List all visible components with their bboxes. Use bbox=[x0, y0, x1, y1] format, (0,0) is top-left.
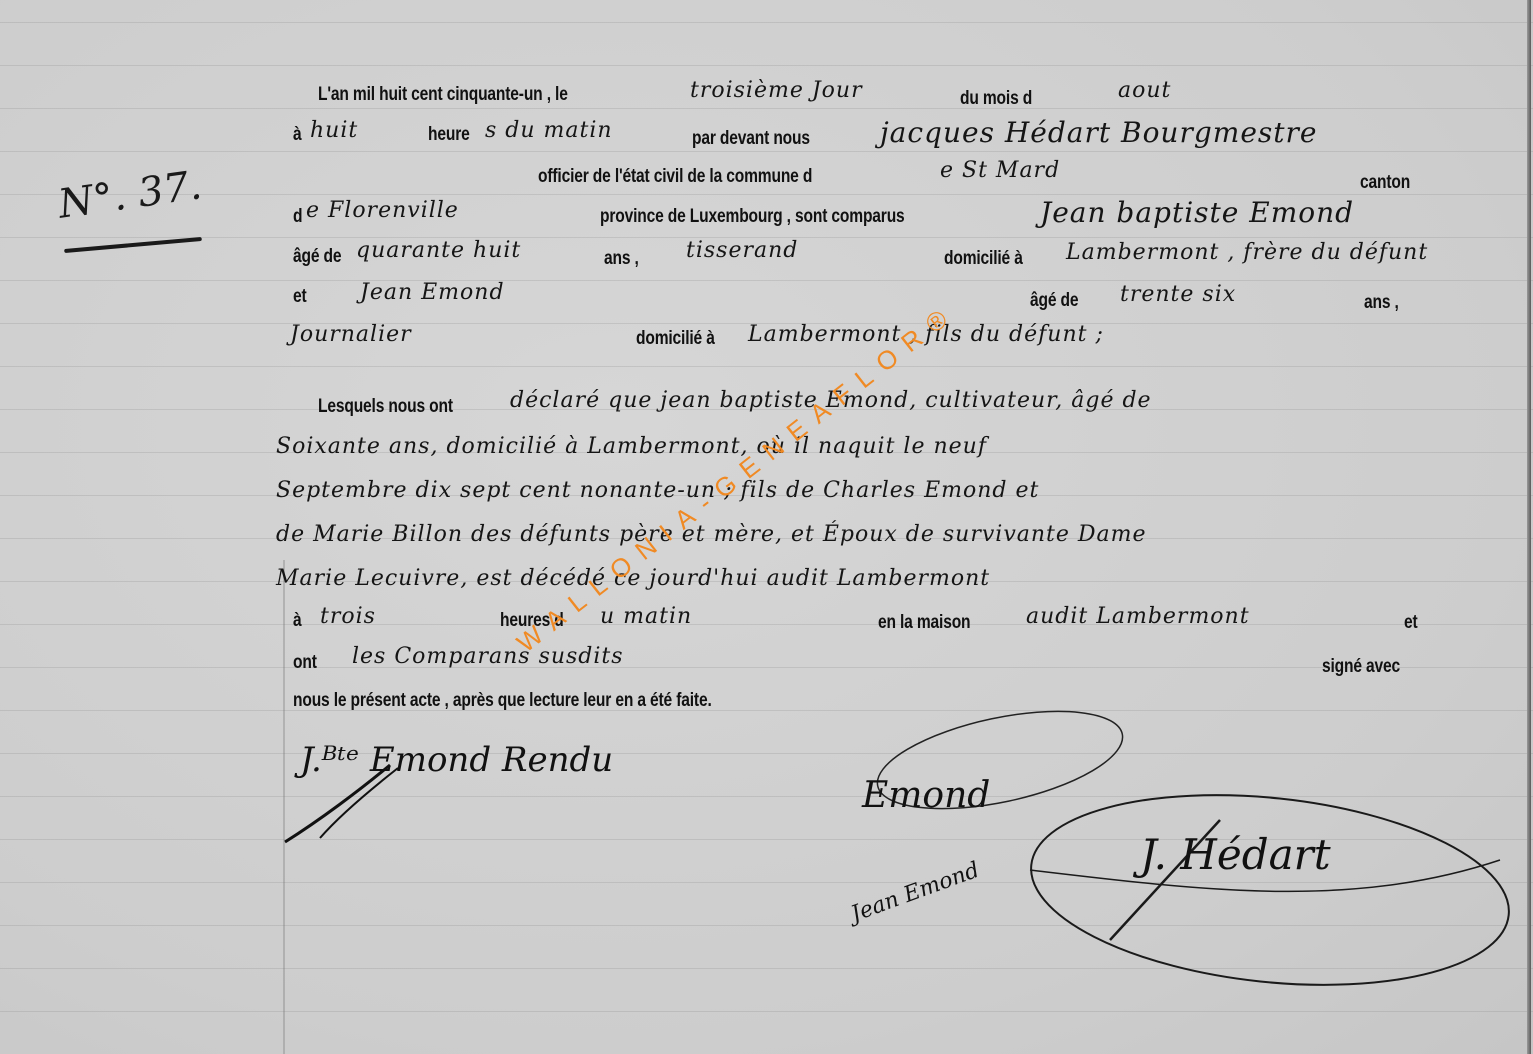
signature-jean-emond: Jean Emond bbox=[848, 858, 983, 928]
printed-text: à bbox=[293, 124, 302, 146]
handwritten-text: u matin bbox=[600, 604, 692, 629]
printed-text: L'an mil huit cent cinquante-un , le bbox=[318, 84, 568, 106]
printed-text: officier de l'état civil de la commune d bbox=[538, 166, 812, 188]
handwritten-text: s du matin bbox=[485, 118, 613, 143]
handwritten-text: troisième Jour bbox=[690, 78, 863, 103]
signature-emond: Emond bbox=[862, 775, 990, 816]
handwritten-text: quarante huit bbox=[356, 238, 521, 263]
signature-hedart-loop bbox=[1000, 790, 1520, 990]
handwritten-text: tisserand bbox=[686, 238, 798, 263]
printed-text: ans , bbox=[604, 248, 639, 270]
handwritten-text: audit Lambermont bbox=[1026, 604, 1250, 629]
handwritten-text: e Florenville bbox=[306, 198, 459, 223]
printed-text: à bbox=[293, 610, 302, 632]
handwritten-text: e St Mard bbox=[940, 158, 1060, 183]
printed-text: et bbox=[1404, 612, 1418, 634]
page-edge bbox=[1527, 0, 1531, 1054]
printed-text: ont bbox=[293, 652, 317, 674]
record-number-underline bbox=[64, 237, 202, 253]
printed-text: canton bbox=[1360, 172, 1410, 194]
handwritten-text: jacques Hédart Bourgmestre bbox=[880, 116, 1317, 149]
handwritten-text: Jean Emond bbox=[360, 280, 505, 305]
handwritten-text: Soixante ans, domicilié à Lambermont, où… bbox=[276, 434, 987, 459]
printed-text: domicilié à bbox=[944, 248, 1023, 270]
printed-text: et bbox=[293, 286, 307, 308]
handwritten-text: Jean baptiste Emond bbox=[1040, 196, 1354, 229]
handwritten-text: Journalier bbox=[290, 322, 412, 347]
printed-text: ans , bbox=[1364, 292, 1399, 314]
printed-text: en la maison bbox=[878, 612, 970, 634]
handwritten-text: trente six bbox=[1120, 282, 1236, 307]
document-page: N°. 37. L'an mil huit cent cinquante-un … bbox=[0, 0, 1533, 1054]
handwritten-text: trois bbox=[320, 604, 376, 629]
printed-text: province de Luxembourg , sont comparus bbox=[600, 206, 905, 228]
printed-text: du mois d bbox=[960, 88, 1032, 110]
record-number: N°. 37. bbox=[55, 162, 204, 228]
signature-hedart: J. Hédart bbox=[1140, 830, 1331, 879]
handwritten-text: huit bbox=[310, 118, 358, 143]
handwritten-text: Lambermont , frère du défunt bbox=[1066, 240, 1428, 265]
handwritten-text: les Comparans susdits bbox=[352, 644, 624, 669]
printed-text: domicilié à bbox=[636, 328, 715, 350]
printed-text: heure bbox=[428, 124, 470, 146]
printed-text: âgé de bbox=[1030, 290, 1078, 312]
printed-text: âgé de bbox=[293, 246, 341, 268]
printed-text: signé avec bbox=[1322, 656, 1400, 678]
printed-text: nous le présent acte , après que lecture… bbox=[293, 690, 712, 712]
printed-text: par devant nous bbox=[692, 128, 810, 150]
signature-flourish bbox=[280, 760, 420, 850]
printed-text: d bbox=[293, 206, 302, 228]
handwritten-text: aout bbox=[1118, 78, 1171, 103]
printed-text: Lesquels nous ont bbox=[318, 396, 453, 418]
handwritten-text: de Marie Billon des défunts père et mère… bbox=[276, 522, 1147, 547]
handwritten-text: Septembre dix sept cent nonante-un ; fil… bbox=[276, 478, 1039, 503]
